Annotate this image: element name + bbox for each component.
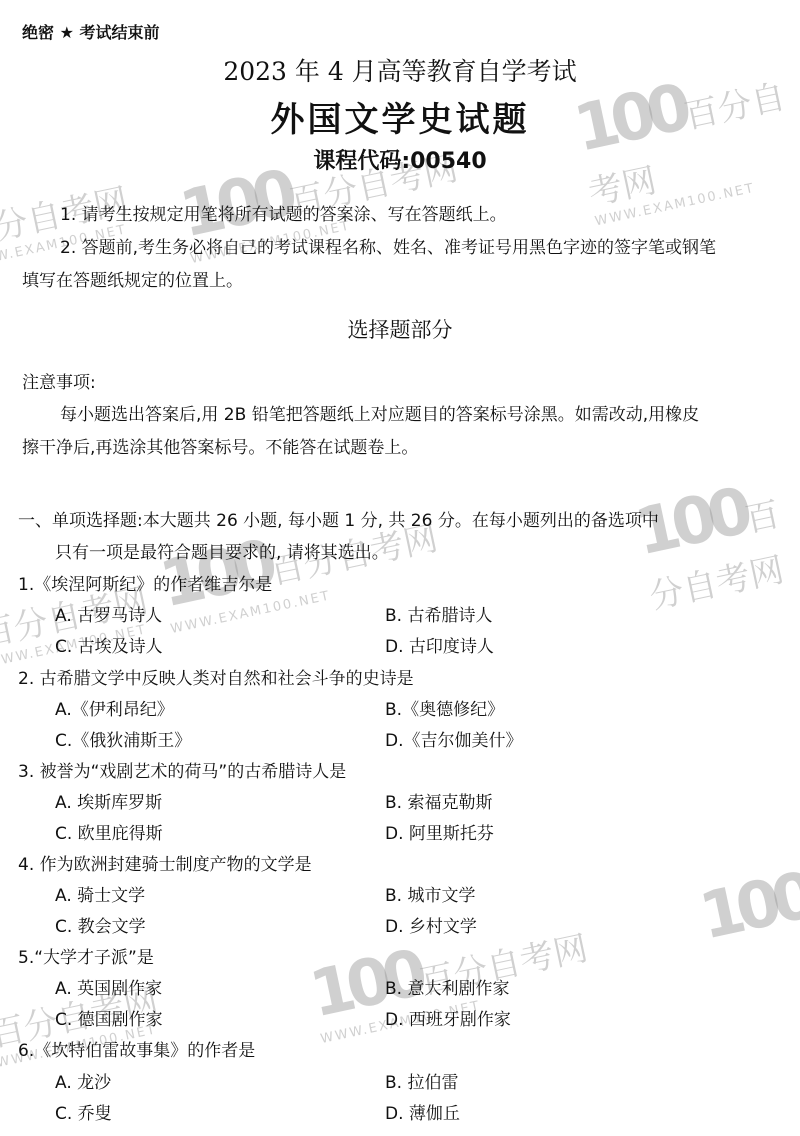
question-3-option-b: B. 索福克勒斯 <box>385 788 492 813</box>
question-5-stem: 5.“大学才子派”是 <box>18 943 154 968</box>
question-5-option-b: B. 意大利剧作家 <box>385 974 509 999</box>
question-6-option-a: A. 龙沙 <box>55 1068 111 1093</box>
question-5-option-c: C. 德国剧作家 <box>55 1005 163 1030</box>
watermark-logo: 100 <box>694 859 800 954</box>
question-1-option-a: A. 古罗马诗人 <box>55 601 162 626</box>
notice-line-1: 每小题选出答案后,用 2B 铅笔把答题纸上对应题目的答案标号涂黑。如需改动,用橡… <box>60 400 699 425</box>
notice-label: 注意事项: <box>22 368 96 393</box>
question-1-option-b: B. 古希腊诗人 <box>385 601 492 626</box>
question-1-stem: 1.《埃涅阿斯纪》的作者维吉尔是 <box>18 570 272 595</box>
confidential-label: 绝密 ★ 考试结束前 <box>22 20 160 43</box>
question-3-option-c: C. 欧里庇得斯 <box>55 819 163 844</box>
question-2-stem: 2. 古希腊文学中反映人类对自然和社会斗争的史诗是 <box>18 664 414 689</box>
question-5-option-a: A. 英国剧作家 <box>55 974 162 999</box>
question-1-option-c: C. 古埃及诗人 <box>55 632 163 657</box>
question-3-option-d: D. 阿里斯托芬 <box>385 819 494 844</box>
exam-title: 2023 年 4 月高等教育自学考试 <box>0 52 800 88</box>
question-6-stem: 6.《坎特伯雷故事集》的作者是 <box>18 1036 255 1061</box>
subject-title: 外国文学史试题 <box>0 92 800 141</box>
section-title: 选择题部分 <box>0 314 800 344</box>
question-2-option-c: C.《俄狄浦斯王》 <box>55 726 191 751</box>
question-4-option-a: A. 骑士文学 <box>55 881 145 906</box>
question-2-option-b: B.《奥德修纪》 <box>385 695 504 720</box>
question-4-option-b: B. 城市文学 <box>385 881 475 906</box>
course-code: 课程代码:00540 <box>0 144 800 175</box>
question-4-option-c: C. 教会文学 <box>55 912 146 937</box>
instruction-1: 1. 请考生按规定用笔将所有试题的答案涂、写在答题纸上。 <box>60 200 507 225</box>
part-one-heading-cont: 只有一项是最符合题目要求的, 请将其选出。 <box>55 538 389 563</box>
question-1-option-d: D. 古印度诗人 <box>385 632 494 657</box>
question-4-option-d: D. 乡村文学 <box>385 912 477 937</box>
question-6-option-d: D. 薄伽丘 <box>385 1099 460 1124</box>
question-5-option-d: D. 西班牙剧作家 <box>385 1005 511 1030</box>
question-2-option-d: D.《吉尔伽美什》 <box>385 726 523 751</box>
question-4-stem: 4. 作为欧洲封建骑士制度产物的文学是 <box>18 850 312 875</box>
question-3-stem: 3. 被誉为“戏剧艺术的荷马”的古希腊诗人是 <box>18 757 346 782</box>
question-6-option-b: B. 拉伯雷 <box>385 1068 458 1093</box>
watermark-logo: 100百分自考网 <box>629 465 800 619</box>
instruction-2-cont: 填写在答题纸规定的位置上。 <box>22 266 243 291</box>
notice-line-2: 擦干净后,再选涂其他答案标号。不能答在试题卷上。 <box>22 433 418 458</box>
question-6-option-c: C. 乔叟 <box>55 1099 112 1124</box>
part-one-heading: 一、单项选择题:本大题共 26 小题, 每小题 1 分, 共 26 分。在每小题… <box>18 506 659 531</box>
question-3-option-a: A. 埃斯库罗斯 <box>55 788 162 813</box>
question-2-option-a: A.《伊利昂纪》 <box>55 695 174 720</box>
instruction-2: 2. 答题前,考生务必将自己的考试课程名称、姓名、准考证号用黑色字迹的签字笔或钢… <box>60 233 716 258</box>
